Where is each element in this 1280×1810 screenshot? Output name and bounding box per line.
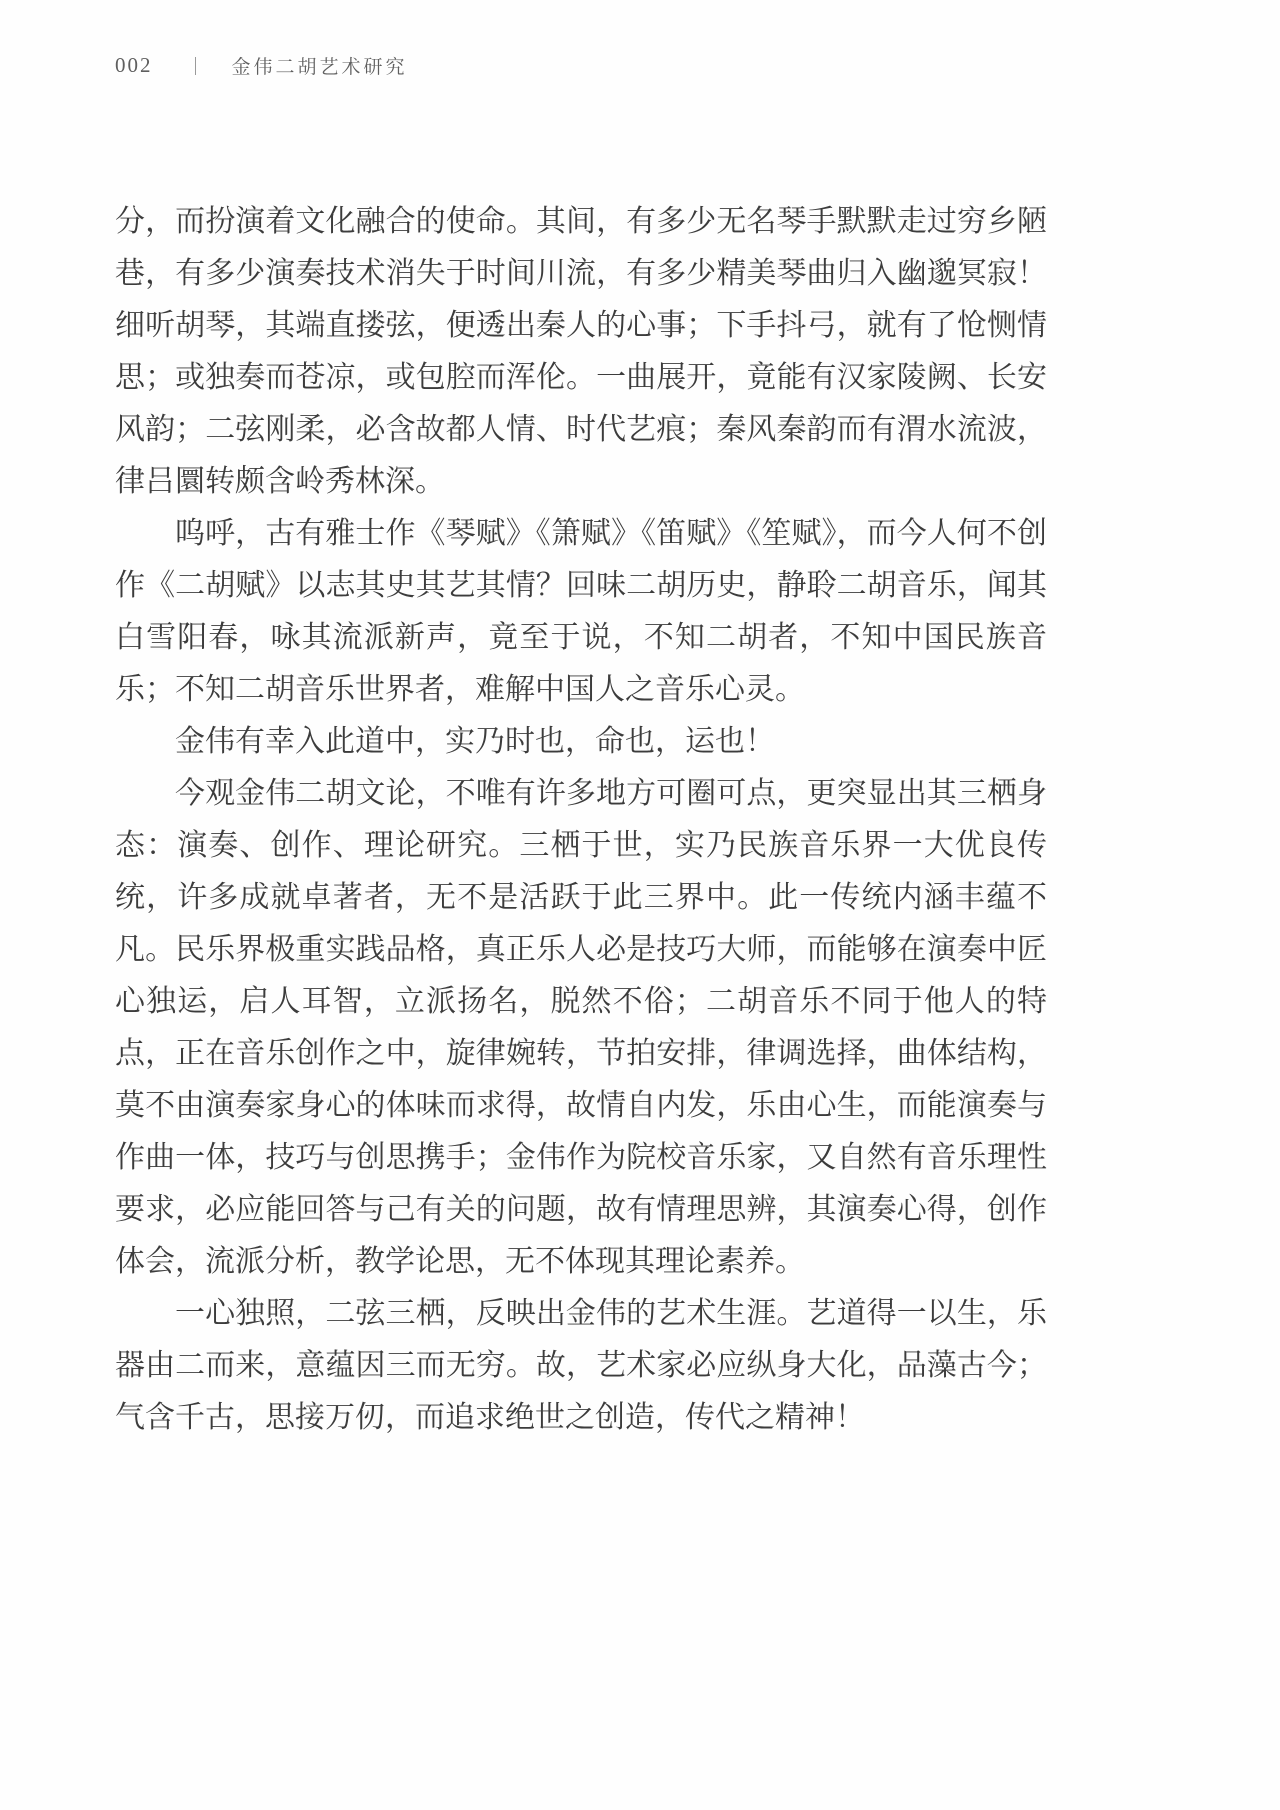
book-page: 002 金伟二胡艺术研究 分，而扮演着文化融合的使命。其间，有多少无名琴手默默走… — [0, 0, 1280, 1810]
paragraph-4: 今观金伟二胡文论，不唯有许多地方可圈可点，更突显出其三栖身态：演奏、创作、理论研… — [115, 768, 1047, 1288]
paragraph-5: 一心独照，二弦三栖，反映出金伟的艺术生涯。艺道得一以生，乐器由二而来，意蕴因三而… — [115, 1288, 1047, 1444]
header-divider — [195, 57, 196, 75]
page-header: 002 金伟二胡艺术研究 — [115, 52, 408, 79]
paragraph-3: 金伟有幸入此道中，实乃时也，命也，运也！ — [115, 716, 1047, 768]
page-number: 002 — [115, 53, 153, 78]
paragraph-2: 呜呼，古有雅士作《琴赋》《箫赋》《笛赋》《笙赋》，而今人何不创作《二胡赋》以志其… — [115, 508, 1047, 716]
body-text: 分，而扮演着文化融合的使命。其间，有多少无名琴手默默走过穷乡陋巷，有多少演奏技术… — [115, 196, 1047, 1444]
paragraph-1: 分，而扮演着文化融合的使命。其间，有多少无名琴手默默走过穷乡陋巷，有多少演奏技术… — [115, 196, 1047, 508]
book-title: 金伟二胡艺术研究 — [232, 52, 408, 79]
